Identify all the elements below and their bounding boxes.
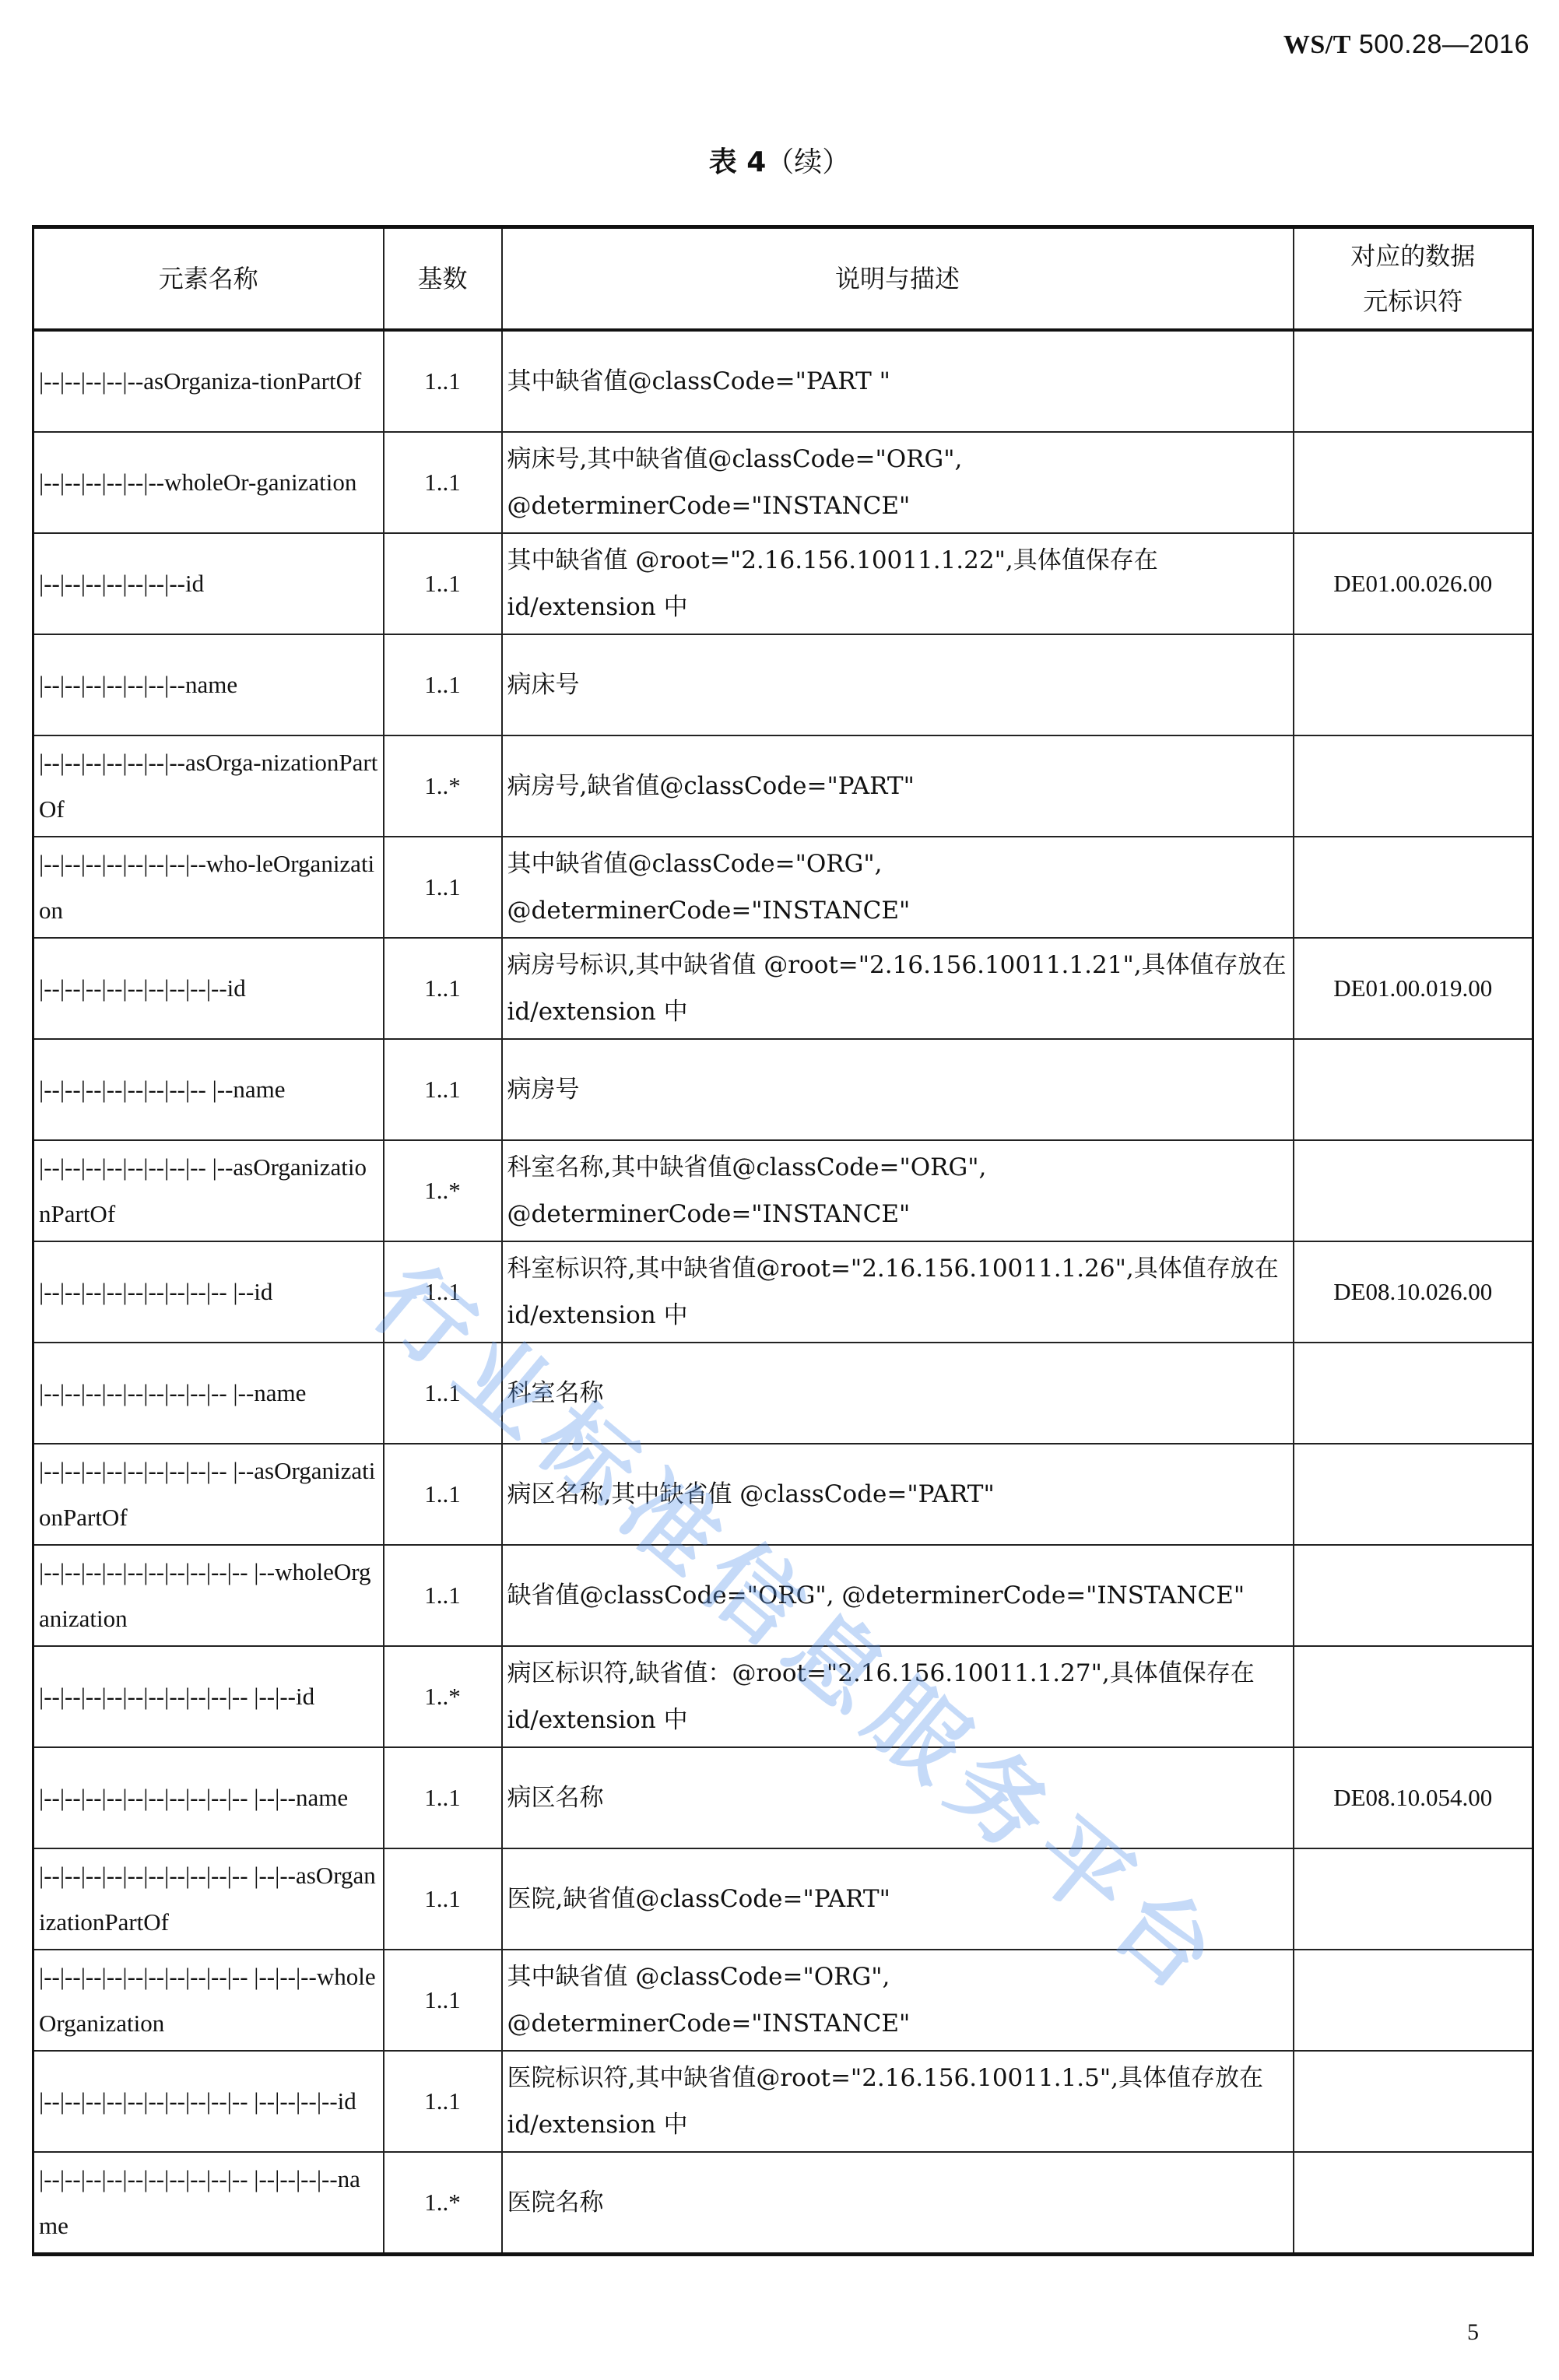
element-name-cell: |--|--|--|--|--|--wholeOr-ganization (33, 432, 384, 533)
table-row: |--|--|--|--|--|--|--asOrga-nizationPart… (33, 735, 1533, 837)
cardinality-cell: 1..* (384, 735, 502, 837)
cardinality-cell: 1..1 (384, 1848, 502, 1950)
element-name-cell: |--|--|--|--|--asOrganiza-tionPartOf (33, 330, 384, 432)
column-header-description: 说明与描述 (502, 227, 1294, 331)
table-row: |--|--|--|--|--|--|--|--|--|-- |--|--nam… (33, 1747, 1533, 1848)
data-element-id-cell (1294, 837, 1533, 938)
data-element-id-cell (1294, 735, 1533, 837)
cardinality-cell: 1..* (384, 2152, 502, 2255)
data-element-id-cell: DE08.10.054.00 (1294, 1747, 1533, 1848)
standard-code: WS/T 500.28—2016 (1283, 30, 1529, 60)
table-row: |--|--|--|--|--|--|--|--|--|-- |--wholeO… (33, 1545, 1533, 1646)
element-name-cell: |--|--|--|--|--|--|--asOrga-nizationPart… (33, 735, 384, 837)
description-cell: 医院名称 (502, 2152, 1294, 2255)
table-row: |--|--|--|--|--|--wholeOr-ganization1..1… (33, 432, 1533, 533)
description-cell: 医院标识符,其中缺省值@root="2.16.156.10011.1.5",具体… (502, 2051, 1294, 2152)
table-row: |--|--|--|--|--|--|--|--|-- |--id1..1科室标… (33, 1241, 1533, 1343)
table-row: |--|--|--|--|--|--|--|--|--|-- |--|--id1… (33, 1646, 1533, 1747)
element-name-cell: |--|--|--|--|--|--|--|--|--id (33, 938, 384, 1039)
cardinality-cell: 1..1 (384, 837, 502, 938)
column-header-ident-line1: 对应的数据 (1350, 241, 1475, 271)
description-cell: 其中缺省值@classCode="PART " (502, 330, 1294, 432)
element-name-cell: |--|--|--|--|--|--|--id (33, 533, 384, 634)
cardinality-cell: 1..1 (384, 1444, 502, 1545)
data-element-id-cell (1294, 2051, 1533, 2152)
column-header-cardinality: 基数 (384, 227, 502, 331)
element-name-cell: |--|--|--|--|--|--|--|--|-- |--id (33, 1241, 384, 1343)
table-body: |--|--|--|--|--asOrganiza-tionPartOf1..1… (33, 330, 1533, 2255)
cardinality-cell: 1..1 (384, 432, 502, 533)
table-row: |--|--|--|--|--|--|--|--who-leOrganizati… (33, 837, 1533, 938)
element-name-cell: |--|--|--|--|--|--|--|--|-- |--asOrganiz… (33, 1444, 384, 1545)
description-cell: 病房号,缺省值@classCode="PART" (502, 735, 1294, 837)
data-element-id-cell (1294, 1848, 1533, 1950)
data-element-id-cell (1294, 1039, 1533, 1140)
table-title-main: 表 4 (709, 146, 767, 178)
data-element-id-cell (1294, 1343, 1533, 1444)
cardinality-cell: 1..1 (384, 1241, 502, 1343)
cardinality-cell: 1..1 (384, 938, 502, 1039)
data-element-id-cell (1294, 1140, 1533, 1241)
table-row: |--|--|--|--|--|--|--|--|--|-- |--|--asO… (33, 1848, 1533, 1950)
data-element-id-cell (1294, 1444, 1533, 1545)
table-row: |--|--|--|--|--|--|--id1..1其中缺省值 @root="… (33, 533, 1533, 634)
cardinality-cell: 1..1 (384, 2051, 502, 2152)
table-row: |--|--|--|--|--asOrganiza-tionPartOf1..1… (33, 330, 1533, 432)
table-row: |--|--|--|--|--|--|--|--|--|-- |--|--|--… (33, 2051, 1533, 2152)
column-header-ident-line2: 元标识符 (1363, 286, 1462, 316)
data-element-id-cell (1294, 432, 1533, 533)
column-header-element-name: 元素名称 (33, 227, 384, 331)
table-row: |--|--|--|--|--|--|--|--|--|-- |--|--|--… (33, 1950, 1533, 2051)
table-row: |--|--|--|--|--|--|--|-- |--asOrganizati… (33, 1140, 1533, 1241)
cardinality-cell: 1..1 (384, 533, 502, 634)
data-element-id-cell (1294, 1646, 1533, 1747)
description-cell: 病区名称,其中缺省值 @classCode="PART" (502, 1444, 1294, 1545)
cardinality-cell: 1..* (384, 1646, 502, 1747)
table-title: 表 4（续） (0, 140, 1559, 180)
cardinality-cell: 1..1 (384, 1747, 502, 1848)
table-row: |--|--|--|--|--|--|--|--|-- |--name1..1科… (33, 1343, 1533, 1444)
element-name-cell: |--|--|--|--|--|--|--|--|--|-- |--|--|--… (33, 2152, 384, 2255)
cardinality-cell: 1..* (384, 1140, 502, 1241)
element-spec-table: 元素名称 基数 说明与描述 对应的数据 元标识符 |--|--|--|--|--… (32, 225, 1534, 2256)
table-row: |--|--|--|--|--|--|--|-- |--name1..1病房号 (33, 1039, 1533, 1140)
description-cell: 医院,缺省值@classCode="PART" (502, 1848, 1294, 1950)
description-cell: 科室名称 (502, 1343, 1294, 1444)
description-cell: 科室标识符,其中缺省值@root="2.16.156.10011.1.26",具… (502, 1241, 1294, 1343)
table-header-row: 元素名称 基数 说明与描述 对应的数据 元标识符 (33, 227, 1533, 331)
cardinality-cell: 1..1 (384, 1343, 502, 1444)
description-cell: 病床号 (502, 634, 1294, 735)
table-row: |--|--|--|--|--|--|--name1..1病床号 (33, 634, 1533, 735)
standard-number: 500.28—2016 (1359, 30, 1529, 59)
table-row: |--|--|--|--|--|--|--|--|--|-- |--|--|--… (33, 2152, 1533, 2255)
element-name-cell: |--|--|--|--|--|--|--|--|--|-- |--wholeO… (33, 1545, 384, 1646)
description-cell: 其中缺省值 @classCode="ORG", @determinerCode=… (502, 1950, 1294, 2051)
element-name-cell: |--|--|--|--|--|--|--|--|--|-- |--|--|--… (33, 2051, 384, 2152)
element-name-cell: |--|--|--|--|--|--|--|--|-- |--name (33, 1343, 384, 1444)
description-cell: 科室名称,其中缺省值@classCode="ORG", @determinerC… (502, 1140, 1294, 1241)
cardinality-cell: 1..1 (384, 330, 502, 432)
cardinality-cell: 1..1 (384, 1545, 502, 1646)
data-element-id-cell (1294, 1545, 1533, 1646)
table-title-suffix: （续） (766, 146, 850, 178)
element-name-cell: |--|--|--|--|--|--|--|-- |--name (33, 1039, 384, 1140)
cardinality-cell: 1..1 (384, 634, 502, 735)
description-cell: 病房号 (502, 1039, 1294, 1140)
element-name-cell: |--|--|--|--|--|--|--|-- |--asOrganizati… (33, 1140, 384, 1241)
data-element-id-cell: DE01.00.019.00 (1294, 938, 1533, 1039)
description-cell: 其中缺省值@classCode="ORG", @determinerCode="… (502, 837, 1294, 938)
element-name-cell: |--|--|--|--|--|--|--|--|--|-- |--|--nam… (33, 1747, 384, 1848)
table-row: |--|--|--|--|--|--|--|--|--id1..1病房号标识,其… (33, 938, 1533, 1039)
element-name-cell: |--|--|--|--|--|--|--|--who-leOrganizati… (33, 837, 384, 938)
data-element-id-cell (1294, 634, 1533, 735)
data-element-id-cell: DE01.00.026.00 (1294, 533, 1533, 634)
column-header-data-element-id: 对应的数据 元标识符 (1294, 227, 1533, 331)
data-element-id-cell: DE08.10.026.00 (1294, 1241, 1533, 1343)
description-cell: 病区标识符,缺省值：@root="2.16.156.10011.1.27",具体… (502, 1646, 1294, 1747)
standard-prefix: WS/T (1283, 30, 1351, 59)
data-element-id-cell (1294, 330, 1533, 432)
description-cell: 其中缺省值 @root="2.16.156.10011.1.22",具体值保存在… (502, 533, 1294, 634)
data-element-id-cell (1294, 2152, 1533, 2255)
element-name-cell: |--|--|--|--|--|--|--|--|--|-- |--|--|--… (33, 1950, 384, 2051)
cardinality-cell: 1..1 (384, 1039, 502, 1140)
data-element-id-cell (1294, 1950, 1533, 2051)
description-cell: 病房号标识,其中缺省值 @root="2.16.156.10011.1.21",… (502, 938, 1294, 1039)
element-name-cell: |--|--|--|--|--|--|--|--|--|-- |--|--asO… (33, 1848, 384, 1950)
cardinality-cell: 1..1 (384, 1950, 502, 2051)
table-row: |--|--|--|--|--|--|--|--|-- |--asOrganiz… (33, 1444, 1533, 1545)
description-cell: 病床号,其中缺省值@classCode="ORG", @determinerCo… (502, 432, 1294, 533)
description-cell: 缺省值@classCode="ORG", @determinerCode="IN… (502, 1545, 1294, 1646)
element-name-cell: |--|--|--|--|--|--|--|--|--|-- |--|--id (33, 1646, 384, 1747)
page-number: 5 (1467, 2319, 1479, 2346)
description-cell: 病区名称 (502, 1747, 1294, 1848)
element-name-cell: |--|--|--|--|--|--|--name (33, 634, 384, 735)
